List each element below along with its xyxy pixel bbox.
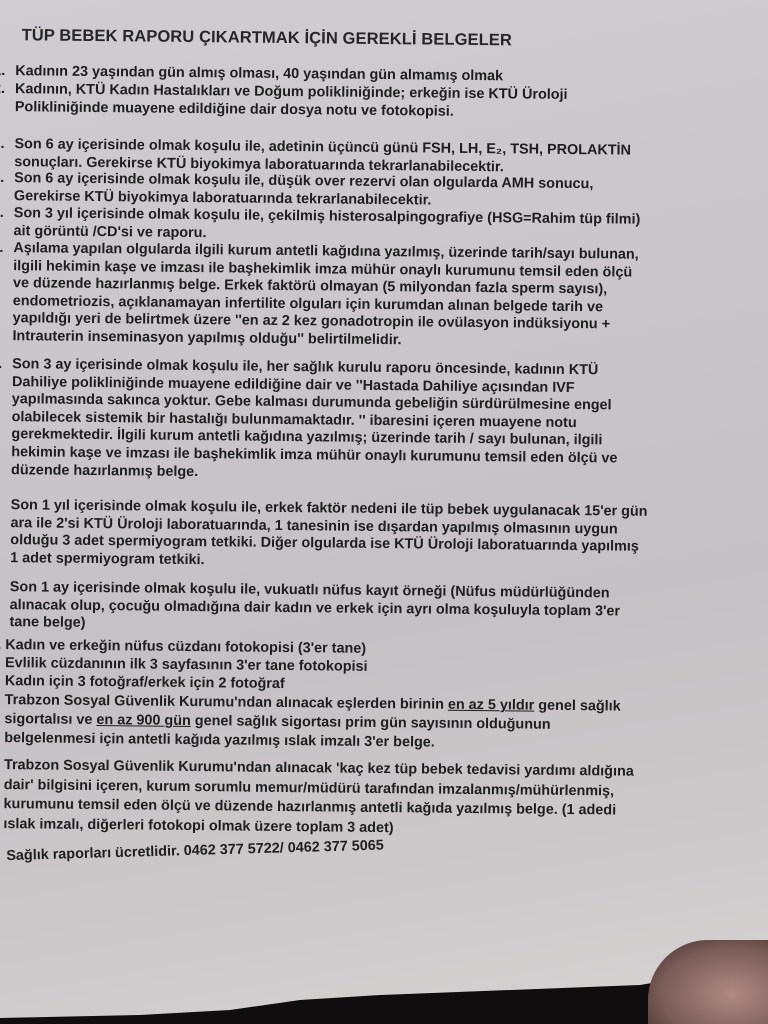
- item-text: Son 1 yıl içerisinde olmak koşulu ile, e…: [10, 497, 765, 575]
- item-number: 3.: [0, 136, 15, 171]
- item-text: Trabzon Sosyal Güvenlik Kurumu'ndan alın…: [4, 691, 763, 756]
- item-text: Trabzon Sosyal Güvenlik Kurumu'ndan alın…: [3, 756, 762, 842]
- item-number: 1.: [0, 63, 15, 81]
- item-text: Aşılama yapılan olgularda ilgili kurum a…: [12, 240, 767, 353]
- item-number: 5.: [0, 205, 14, 240]
- item-number: 9.: [0, 579, 10, 632]
- list-item: 7.Son 3 ay içerisinde olmak koşulu ile, …: [0, 356, 766, 487]
- item-number: 2.: [0, 81, 15, 116]
- list-item: 6.Aşılama yapılan olgularda ilgili kurum…: [0, 240, 767, 353]
- item-text: Son 1 ay içerisinde olmak koşulu ile, vu…: [9, 579, 764, 640]
- list-item: 13.Trabzon Sosyal Güvenlik Kurumu'ndan a…: [0, 691, 763, 756]
- item-number: 6.: [0, 240, 13, 345]
- item-number: 4.: [0, 170, 14, 205]
- list-item: 8.Son 1 yıl içerisinde olmak koşulu ile,…: [0, 497, 765, 575]
- list-item: 9.Son 1 ay içerisinde olmak koşulu ile, …: [0, 579, 764, 640]
- list-item: 14.Trabzon Sosyal Güvenlik Kurumu'ndan a…: [0, 756, 762, 842]
- item-text: Son 3 ay içerisinde olmak koşulu ile, he…: [11, 356, 766, 487]
